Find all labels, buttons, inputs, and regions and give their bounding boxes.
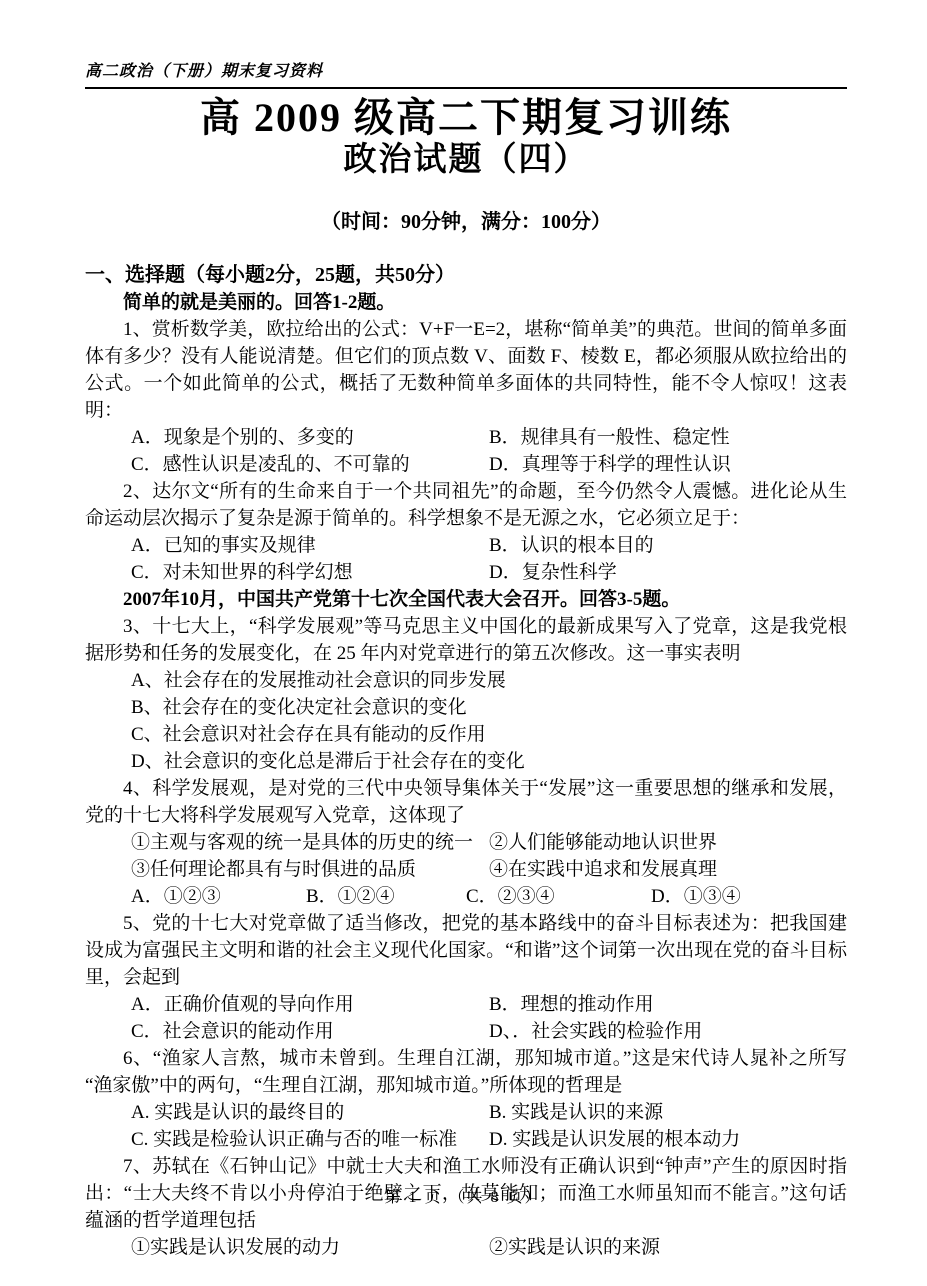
question-1-options-row-1: A．现象是个别的、多变的 B．规律具有一般性、稳定性: [85, 424, 847, 451]
page-title: 高 2009 级高二下期复习训练: [85, 95, 847, 141]
exam-meta: （时间：90分钟，满分：100分）: [85, 205, 847, 234]
question-4-answers-row: A．①②③ B．①②④ C．②③④ D．①③④: [85, 883, 847, 910]
question-1-options-row-2: C．感性认识是凌乱的、不可靠的 D．真理等于科学的理性认识: [85, 451, 847, 478]
question-4-item-2: ②人们能够能动地认识世界: [489, 829, 847, 856]
section-1-heading: 一、选择题（每小题2分，25题，共50分）: [85, 262, 847, 289]
question-7-item-2: ②实践是认识的来源: [489, 1234, 847, 1261]
question-6-option-b: B. 实践是认识的来源: [489, 1099, 847, 1126]
question-5-stem: 5、党的十七大对党章做了适当修改，把党的基本路线中的奋斗目标表述为：把我国建设成…: [85, 910, 847, 991]
question-1-option-c: C．感性认识是凌乱的、不可靠的: [131, 451, 489, 478]
question-3-stem: 3、十七大上，“科学发展观”等马克思主义中国化的最新成果写入了党章，这是我党根据…: [85, 613, 847, 667]
question-2-option-b: B．认识的根本目的: [489, 532, 847, 559]
question-1-option-d: D．真理等于科学的理性认识: [489, 451, 847, 478]
question-5-options-row-2: C．社会意识的能动作用 D、．社会实践的检验作用: [85, 1018, 847, 1045]
question-6-option-d: D. 实践是认识发展的根本动力: [489, 1126, 847, 1153]
question-3-option-b: B、社会存在的变化决定社会意识的变化: [85, 694, 847, 721]
question-7-items-row-1: ①实践是认识发展的动力 ②实践是认识的来源: [85, 1234, 847, 1261]
question-4-option-d: D．①③④: [651, 883, 847, 910]
question-5-option-a: A．正确价值观的导向作用: [131, 991, 489, 1018]
question-4-option-b: B．①②④: [306, 883, 466, 910]
question-6-options-row-2: C. 实践是检验认识正确与否的唯一标准 D. 实践是认识发展的根本动力: [85, 1126, 847, 1153]
question-2-option-c: C．对未知世界的科学幻想: [131, 559, 489, 586]
question-2-options-row-2: C．对未知世界的科学幻想 D．复杂性科学: [85, 559, 847, 586]
question-group-2-intro: 2007年10月，中国共产党第十七次全国代表大会召开。回答3-5题。: [85, 586, 847, 613]
question-1-stem: 1、赏析数学美，欧拉给出的公式：V+F一E=2，堪称“简单美”的典范。世间的简单…: [85, 316, 847, 424]
question-4-items-row-1: ①主观与客观的统一是具体的历史的统一 ②人们能够能动地认识世界: [85, 829, 847, 856]
header-divider: [85, 87, 847, 89]
question-2-option-d: D．复杂性科学: [489, 559, 847, 586]
question-4-item-3: ③任何理论都具有与时俱进的品质: [131, 856, 489, 883]
question-4-option-c: C．②③④: [466, 883, 651, 910]
question-3-option-a: A、社会存在的发展推动社会意识的同步发展: [85, 667, 847, 694]
question-4-items-row-2: ③任何理论都具有与时俱进的品质 ④在实践中追求和发展真理: [85, 856, 847, 883]
page-subtitle: 政治试题（四）: [85, 141, 847, 179]
question-4-item-4: ④在实践中追求和发展真理: [489, 856, 847, 883]
question-4-item-1: ①主观与客观的统一是具体的历史的统一: [131, 829, 489, 856]
question-1-option-b: B．规律具有一般性、稳定性: [489, 424, 847, 451]
document-header-label: 高二政治（下册）期末复习资料: [85, 58, 847, 85]
question-group-1-intro: 简单的就是美丽的。回答1-2题。: [85, 289, 847, 316]
exam-page: { "ink_color": "#000000", "header": { "s…: [0, 0, 927, 1286]
question-6-option-c: C. 实践是检验认识正确与否的唯一标准: [131, 1126, 489, 1153]
question-6-options-row-1: A. 实践是认识的最终目的 B. 实践是认识的来源: [85, 1099, 847, 1126]
question-6-stem: 6、“渔家人言熬，城市未曾到。生理自江湖，那知城市道。”这是宋代诗人晁补之所写“…: [85, 1045, 847, 1099]
question-5-option-b: B．理想的推动作用: [489, 991, 847, 1018]
question-6-option-a: A. 实践是认识的最终目的: [131, 1099, 489, 1126]
question-2-option-a: A．已知的事实及规律: [131, 532, 489, 559]
question-1-option-a: A．现象是个别的、多变的: [131, 424, 489, 451]
question-5-option-d: D、．社会实践的检验作用: [489, 1018, 847, 1045]
question-3-option-c: C、社会意识对社会存在具有能动的反作用: [85, 721, 847, 748]
page-number-footer: 第 1 页 （共 8 页）: [0, 1184, 927, 1207]
document-body: 高二政治（下册）期末复习资料 高 2009 级高二下期复习训练 政治试题（四） …: [85, 58, 847, 1261]
question-2-stem: 2、达尔文“所有的生命来自于一个共同祖先”的命题，至今仍然令人震憾。进化论从生命…: [85, 478, 847, 532]
question-7-item-1: ①实践是认识发展的动力: [131, 1234, 489, 1261]
question-2-options-row-1: A．已知的事实及规律 B．认识的根本目的: [85, 532, 847, 559]
question-5-options-row-1: A．正确价值观的导向作用 B．理想的推动作用: [85, 991, 847, 1018]
question-4-option-a: A．①②③: [131, 883, 306, 910]
question-4-stem: 4、科学发展观，是对党的三代中央领导集体关于“发展”这一重要思想的继承和发展，党…: [85, 775, 847, 829]
question-5-option-c: C．社会意识的能动作用: [131, 1018, 489, 1045]
question-3-option-d: D、社会意识的变化总是滞后于社会存在的变化: [85, 748, 847, 775]
